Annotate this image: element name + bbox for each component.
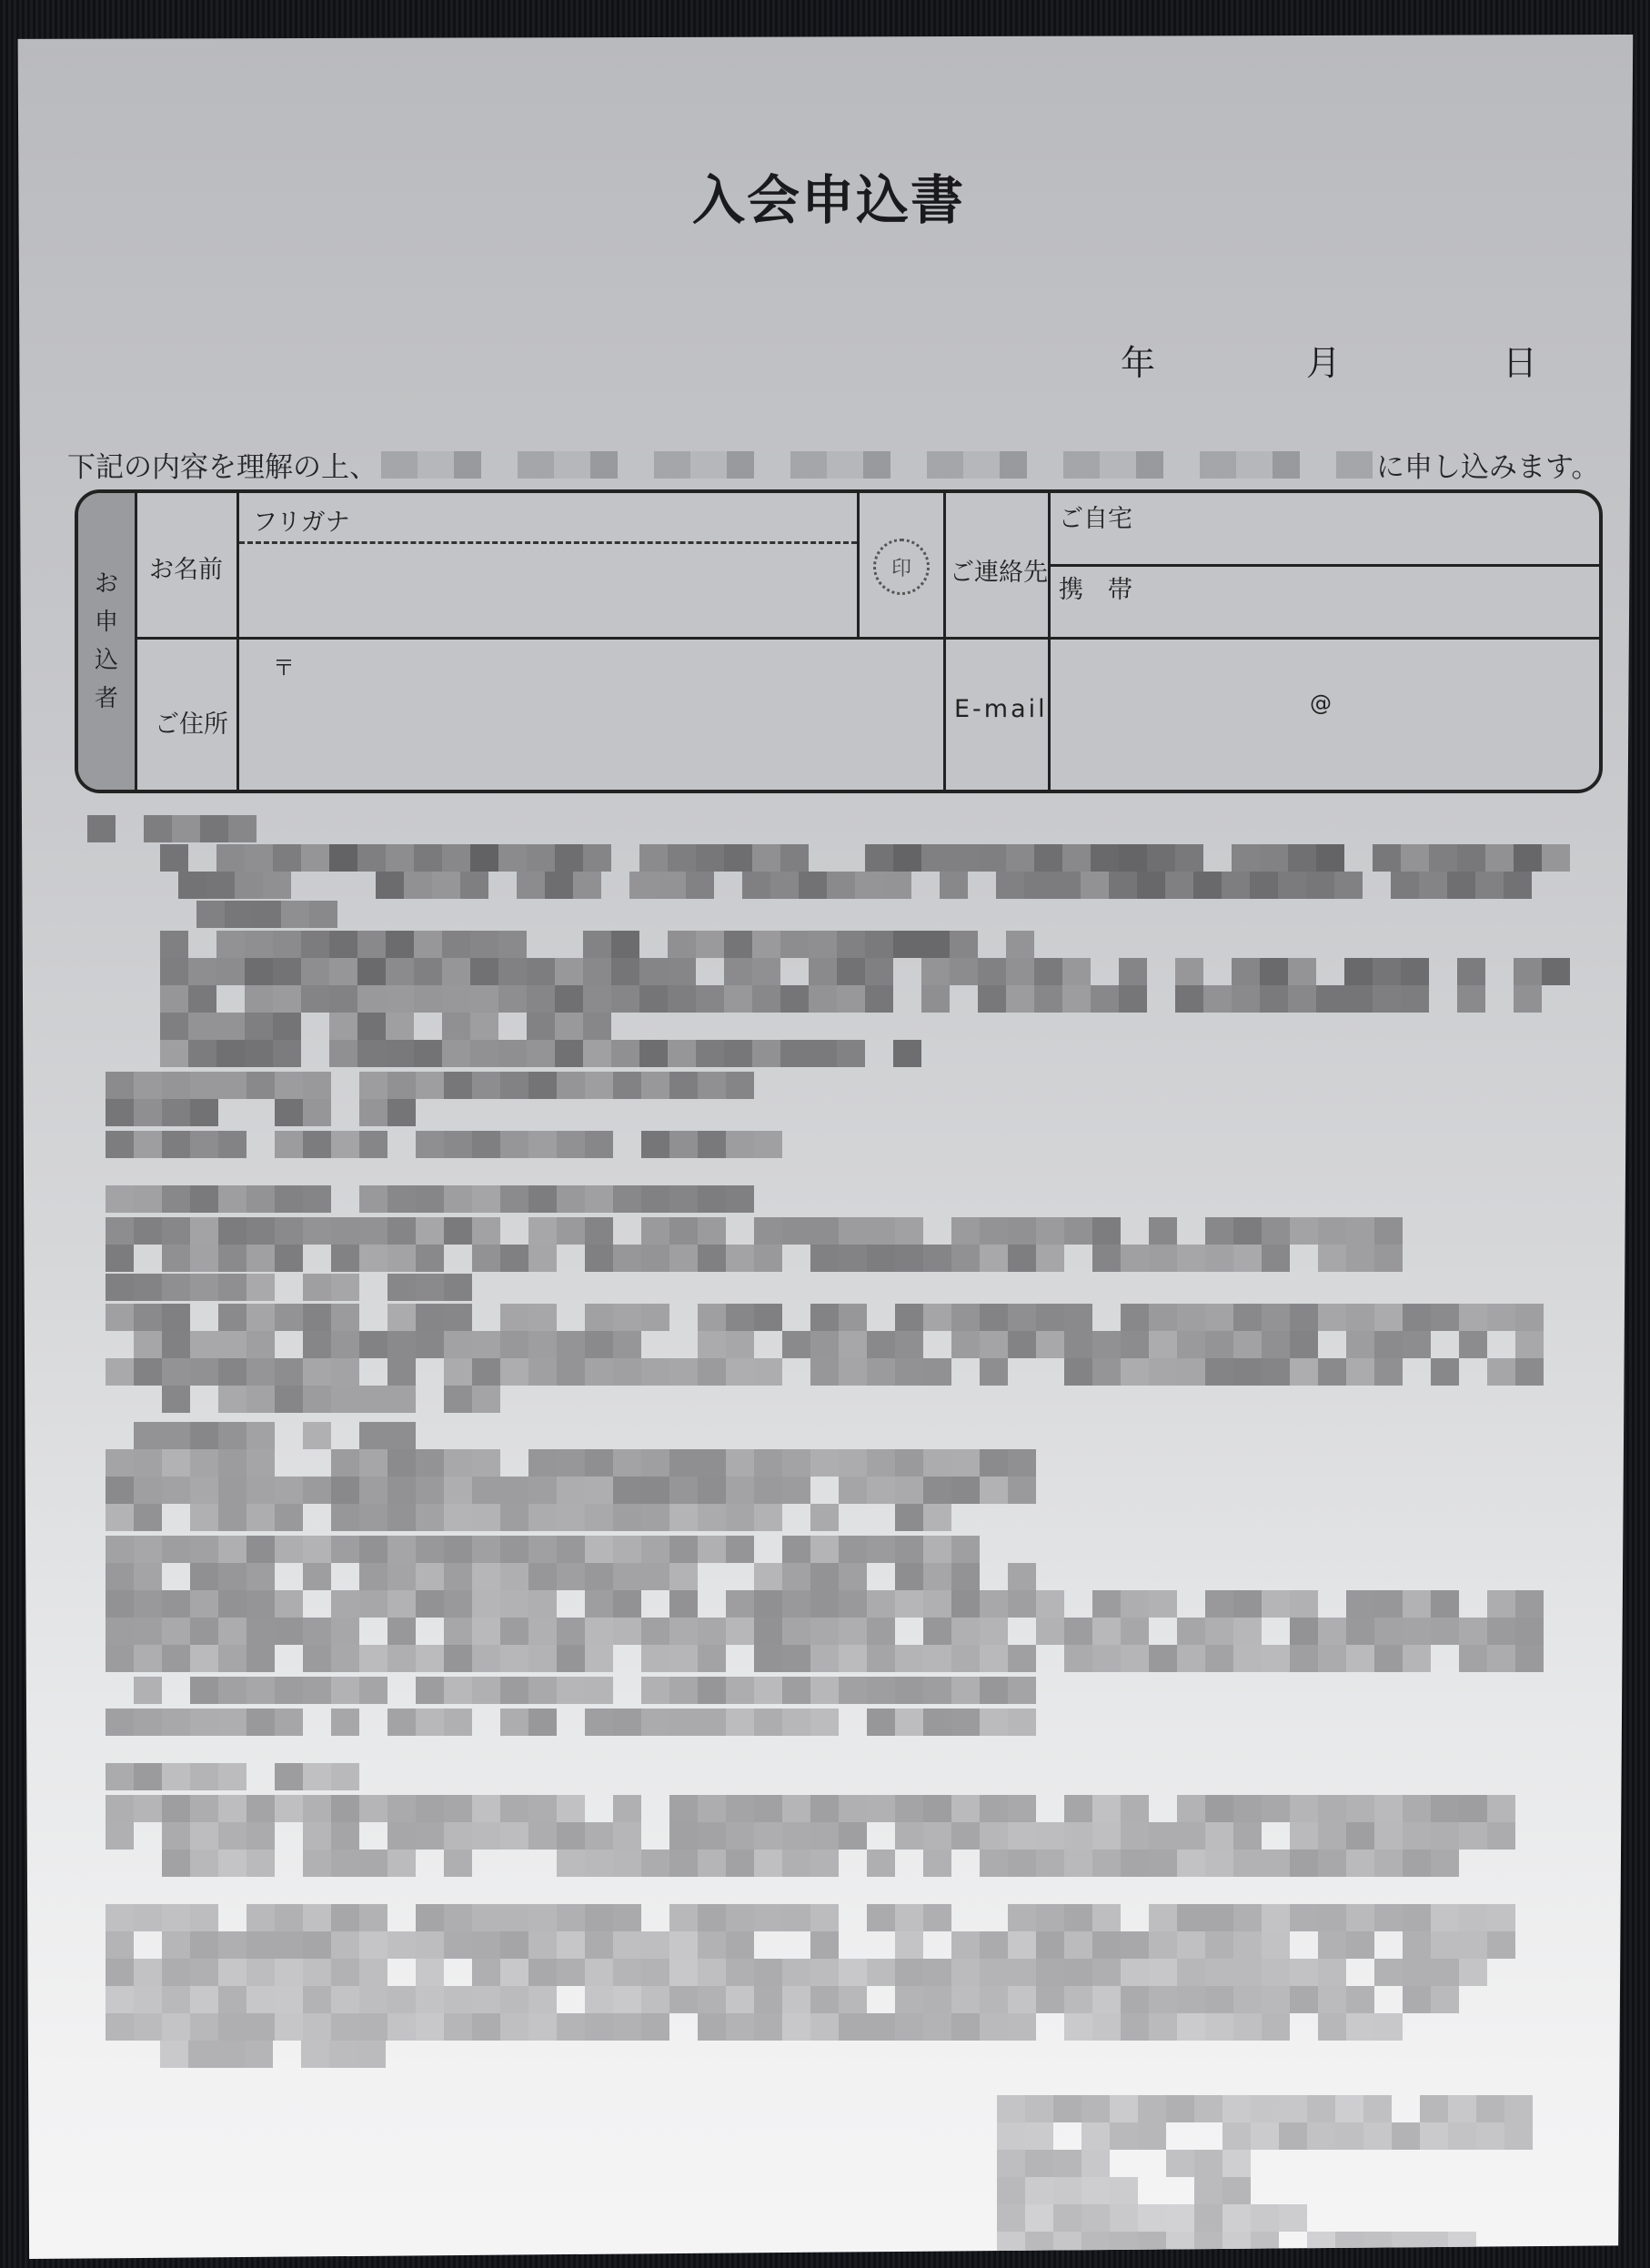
redacted-terms-body: [15, 35, 1643, 2259]
document-page: 入会申込書 年 月 日 下記の内容を理解の上、 に申し込みます。 お 申 込 者…: [15, 35, 1643, 2259]
